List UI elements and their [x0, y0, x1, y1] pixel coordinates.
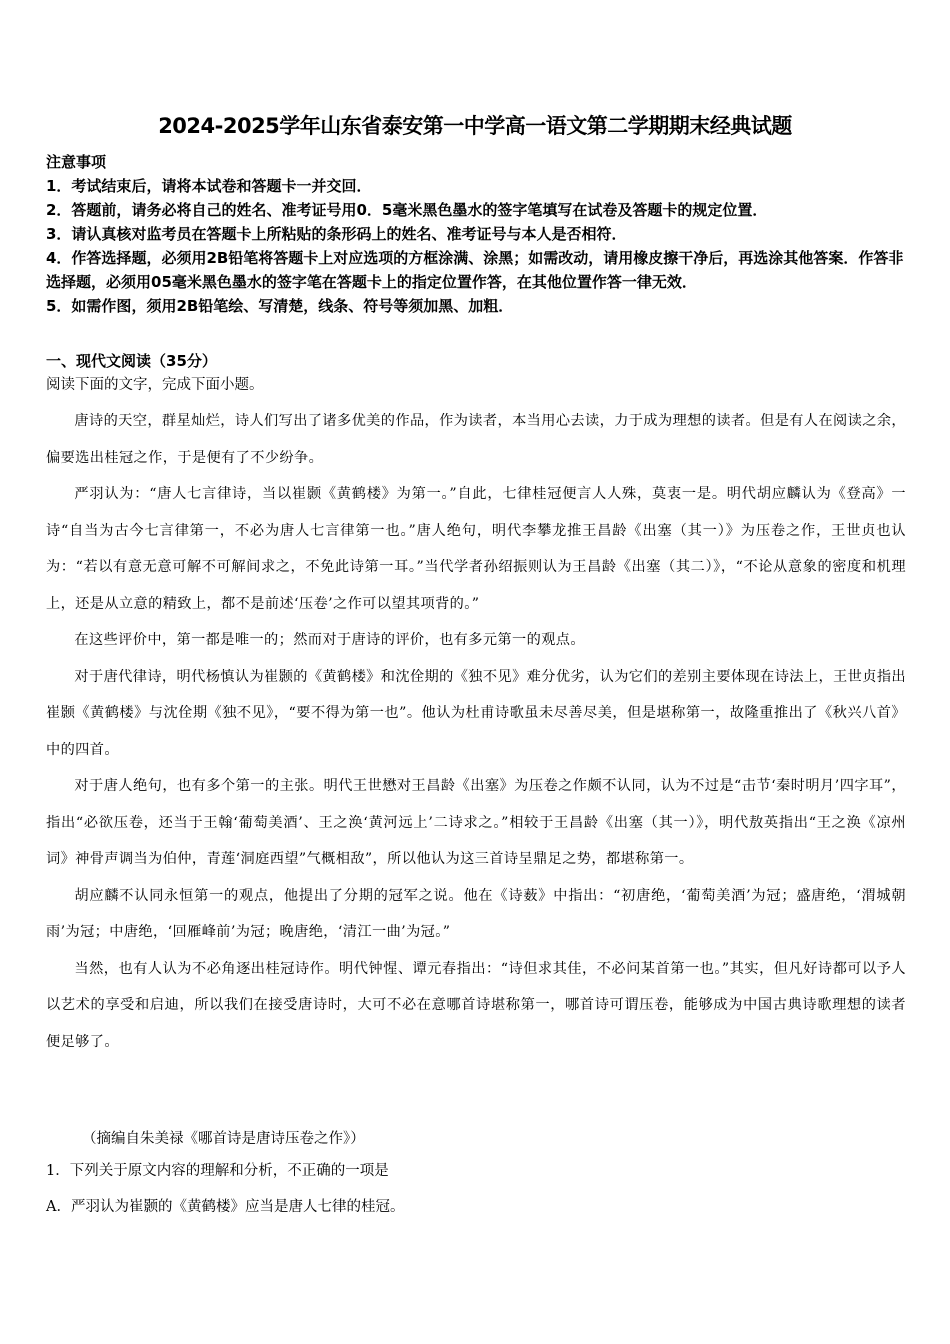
passage-paragraph: 当然，也有人认为不必角逐出桂冠诗作。明代钟惺、谭元春指出：“诗但求其佳，不必问某…: [46, 951, 906, 1061]
question-stem: 1．下列关于原文内容的理解和分析，不正确的一项是: [46, 1160, 906, 1182]
notice-item: 2．答题前，请务必将自己的姓名、准考证号用0．5毫米黑色墨水的签字笔填写在试卷及…: [46, 198, 906, 222]
passage-source: （摘编自朱美禄《哪首诗是唐诗压卷之作》）: [46, 1128, 942, 1150]
reading-passage: 唐诗的天空，群星灿烂，诗人们写出了诸多优美的作品，作为读者，本当用心去读，力于成…: [46, 403, 906, 1060]
notice-item: 4．作答选择题，必须用2B铅笔将答题卡上对应选项的方框涂满、涂黑；如需改动，请用…: [46, 246, 906, 294]
question-option-a: A．严羽认为崔颢的《黄鹤楼》应当是唐人七律的桂冠。: [46, 1196, 906, 1218]
passage-paragraph: 对于唐代律诗，明代杨慎认为崔颢的《黄鹤楼》和沈佺期的《独不见》难分优劣，认为它们…: [46, 659, 906, 769]
section-heading: 一、现代文阅读（35分）: [46, 350, 217, 372]
section-instruction: 阅读下面的文字，完成下面小题。: [46, 374, 264, 396]
passage-paragraph: 唐诗的天空，群星灿烂，诗人们写出了诸多优美的作品，作为读者，本当用心去读，力于成…: [46, 403, 906, 476]
notice-block: 注意事项 1．考试结束后，请将本试卷和答题卡一并交回． 2．答题前，请务必将自己…: [46, 150, 906, 318]
notice-item: 5．如需作图，须用2B铅笔绘、写清楚，线条、符号等须加黑、加粗．: [46, 294, 906, 318]
notice-heading: 注意事项: [46, 150, 906, 174]
document-title: 2024-2025学年山东省泰安第一中学高一语文第二学期期末经典试题: [0, 112, 950, 140]
notice-item: 3．请认真核对监考员在答题卡上所粘贴的条形码上的姓名、准考证号与本人是否相符．: [46, 222, 906, 246]
exam-page: 2024-2025学年山东省泰安第一中学高一语文第二学期期末经典试题 注意事项 …: [0, 0, 950, 1344]
passage-paragraph: 严羽认为：“唐人七言律诗，当以崔颢《黄鹤楼》为第一。”自此，七律桂冠便言人人殊，…: [46, 476, 906, 622]
passage-paragraph: 对于唐人绝句，也有多个第一的主张。明代王世懋对王昌龄《出塞》为压卷之作颇不认同，…: [46, 768, 906, 878]
passage-paragraph: 胡应麟不认同永恒第一的观点，他提出了分期的冠军之说。他在《诗薮》中指出：“初唐绝…: [46, 878, 906, 951]
notice-item: 1．考试结束后，请将本试卷和答题卡一并交回．: [46, 174, 906, 198]
passage-paragraph: 在这些评价中，第一都是唯一的；然而对于唐诗的评价，也有多元第一的观点。: [46, 622, 906, 659]
